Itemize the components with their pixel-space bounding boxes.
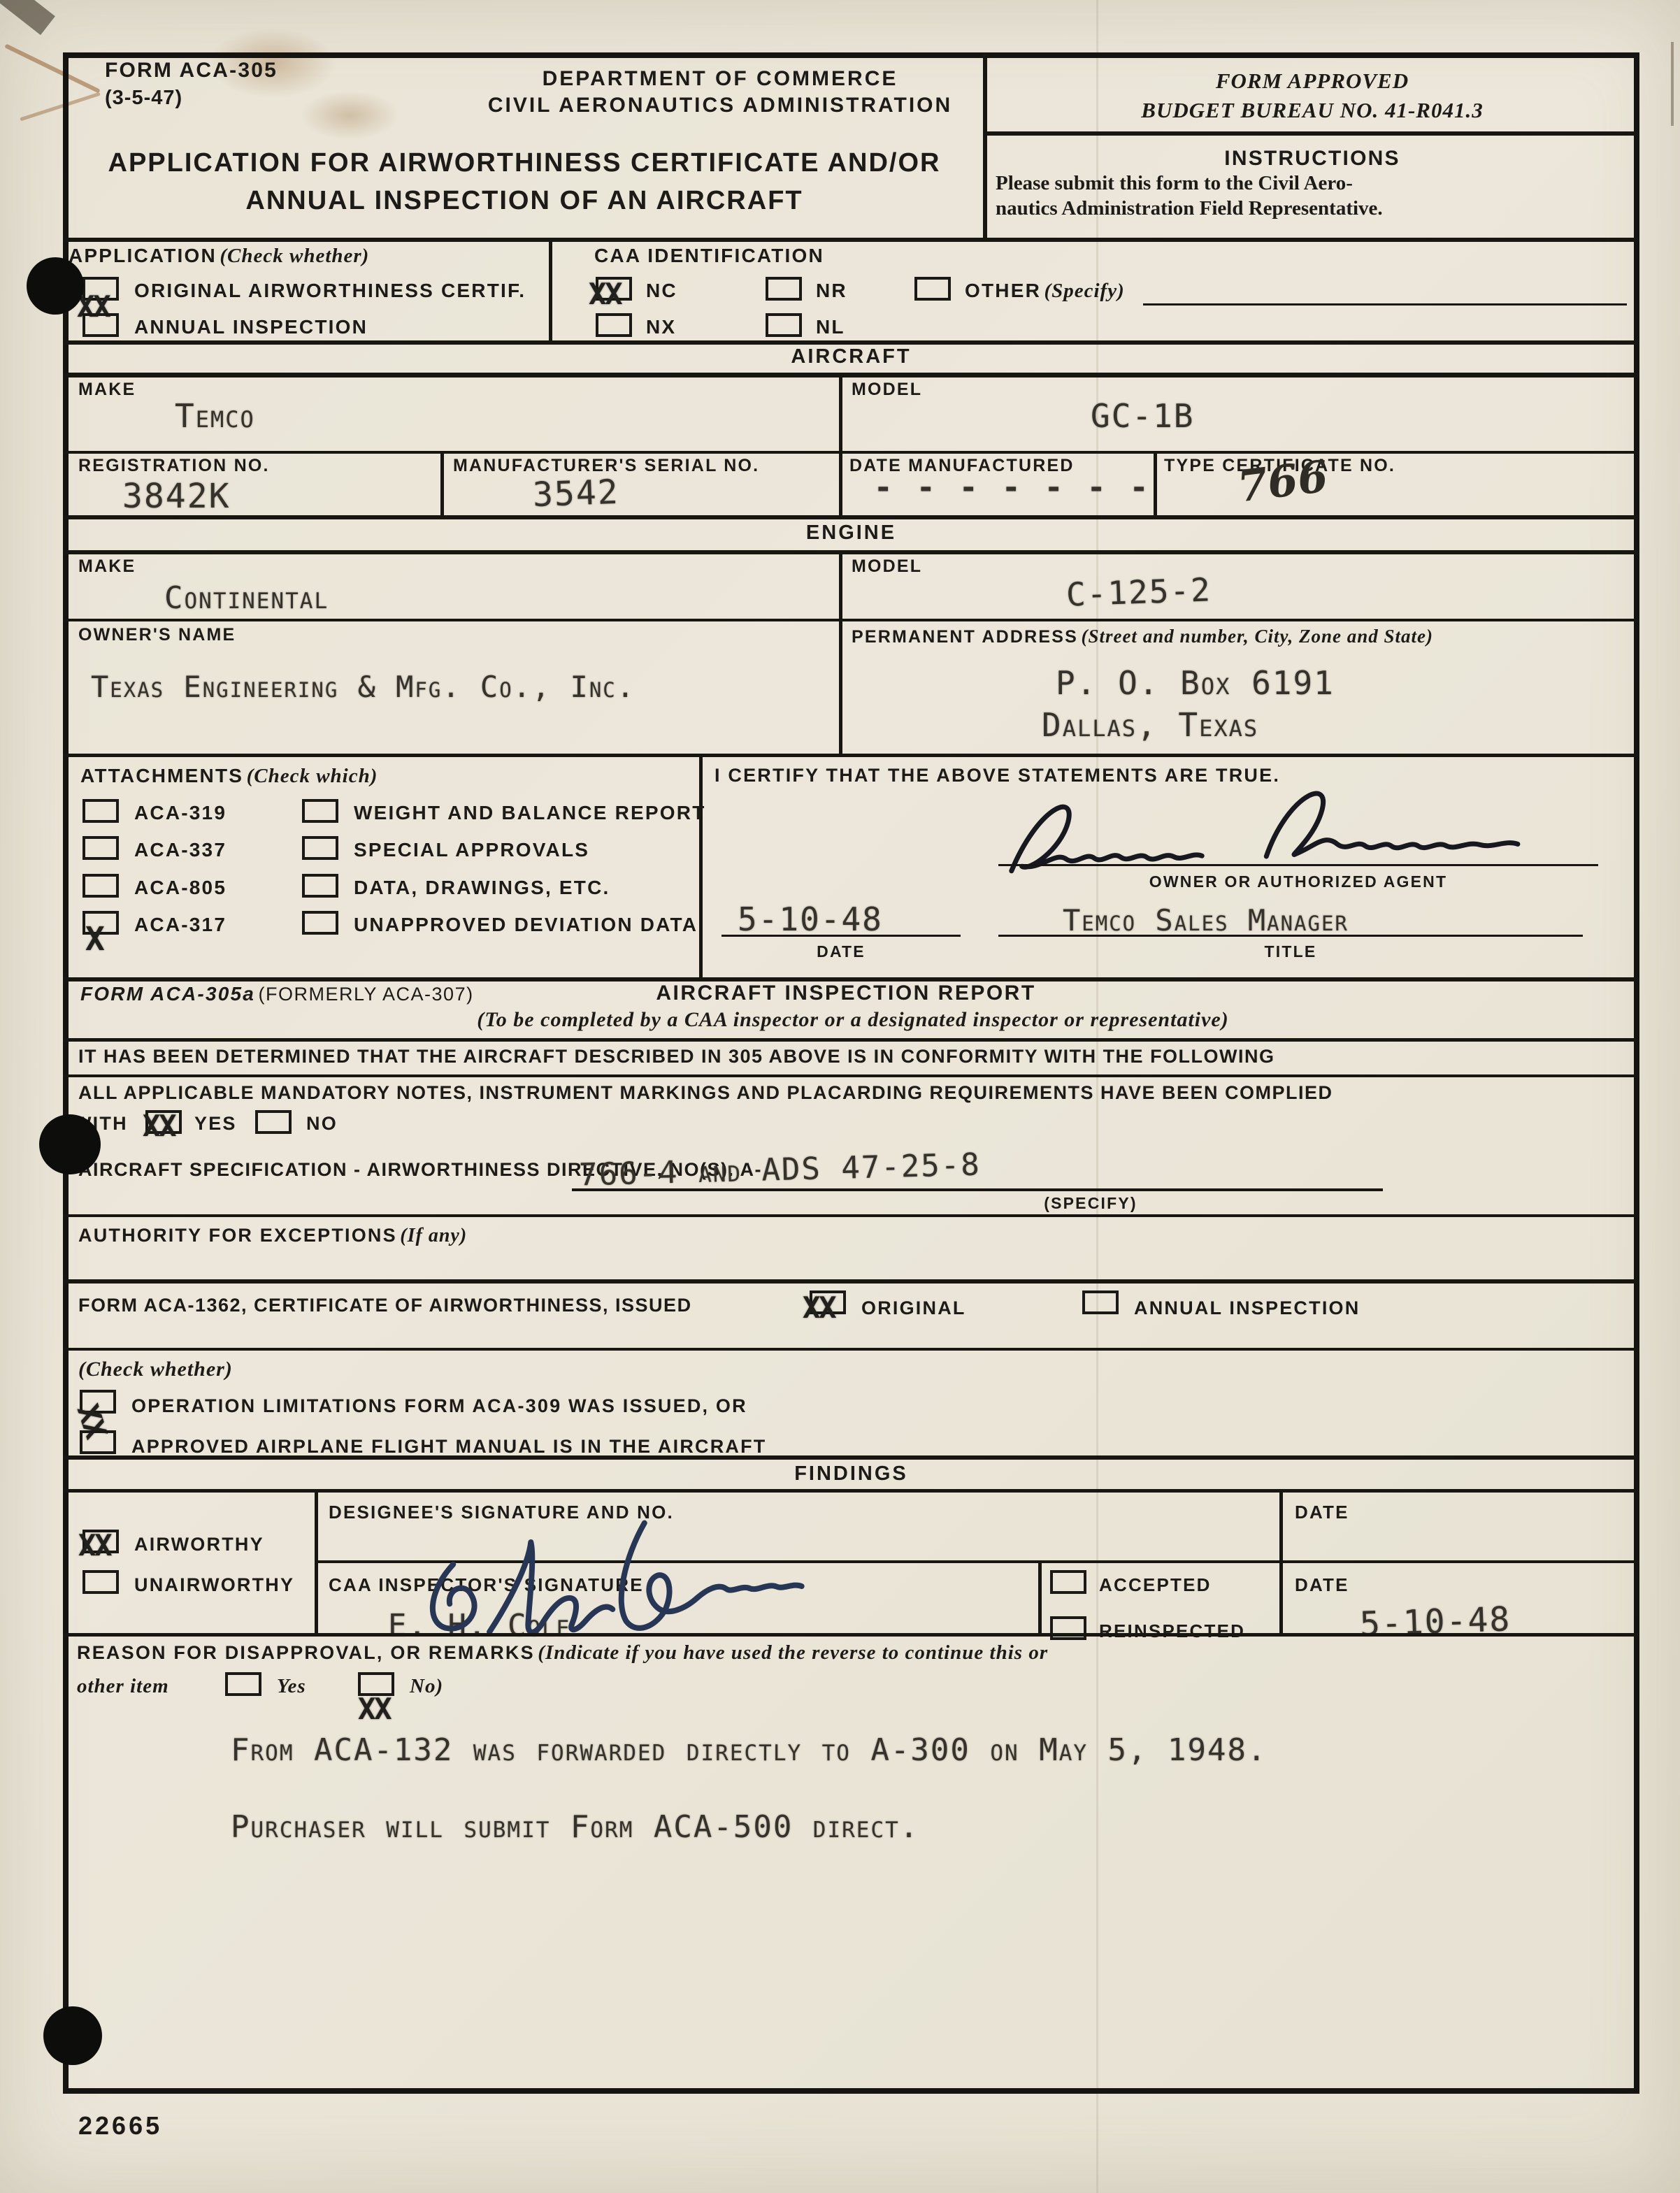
option-nl: NL (816, 316, 845, 338)
certify-title-caption: TITLE (998, 942, 1583, 961)
checkbox-nl[interactable] (766, 313, 802, 337)
check-mark: XX (358, 1692, 391, 1726)
permanent-address-label-text: PERMANENT ADDRESS (852, 627, 1078, 647)
divider (63, 451, 1639, 454)
registration-label: REGISTRATION NO. (78, 456, 270, 476)
report-subtitle: (To be completed by a CAA inspector or a… (210, 1008, 1496, 1032)
option-special-approvals: SPECIAL APPROVALS (354, 839, 589, 861)
application-label: APPLICATION (Check whether) (69, 245, 369, 268)
divider (63, 1279, 1639, 1284)
option-operation-limitations: OPERATION LIMITATIONS FORM ACA-309 WAS I… (131, 1395, 747, 1417)
certify-date-value[interactable]: 5-10-48 (738, 900, 883, 938)
punch-hole (39, 1114, 101, 1174)
form-revision-date: (3-5-47) (105, 87, 182, 110)
option-unairworthy: UNAIRWORTHY (134, 1574, 294, 1596)
permanent-address-hint: (Street and number, City, Zone and State… (1081, 626, 1433, 647)
aircraft-make-label: MAKE (78, 380, 136, 400)
divider (63, 1214, 1639, 1217)
divider (839, 451, 842, 515)
certify-title-line[interactable] (998, 935, 1583, 937)
option-aca-805: ACA-805 (134, 877, 227, 899)
owner-signature-line[interactable] (998, 864, 1598, 866)
date-manufactured-value[interactable]: - - - - - - - (874, 470, 1151, 505)
engine-model-label: MODEL (852, 556, 922, 577)
remarks-line1[interactable]: From ACA-132 was forwarded directly to A… (231, 1732, 1267, 1768)
agency-name-line2: CIVIL AERONAUTICS ADMINISTRATION (447, 94, 993, 117)
option-aca-317: ACA-317 (134, 914, 227, 936)
designee-date-label: DATE (1295, 1502, 1349, 1523)
option-other-text: OTHER (965, 280, 1041, 301)
option-nc: NC (646, 280, 677, 302)
option-nx: NX (646, 316, 676, 338)
owner-name-label: OWNER'S NAME (78, 625, 236, 645)
divider (839, 550, 842, 619)
inspection-date-label: DATE (1295, 1574, 1349, 1596)
check-mark: XX (589, 277, 622, 311)
remarks-line2[interactable]: Purchaser will submit Form ACA-500 direc… (231, 1809, 919, 1845)
stamp-number: 22665 (78, 2111, 162, 2141)
cert-1362-label: FORM ACA-1362, CERTIFICATE OF AIRWORTHIN… (78, 1295, 692, 1316)
owner-name-value[interactable]: Texas Engineering & Mfg. Co., Inc. (91, 670, 636, 704)
instructions-body-line2: nautics Administration Field Representat… (996, 197, 1383, 220)
checkbox-aca-805[interactable] (82, 874, 119, 898)
caa-identification-label: CAA IDENTIFICATION (594, 245, 824, 267)
remarks-hint2: other item (77, 1675, 169, 1698)
instructions-body-line1: Please submit this form to the Civil Aer… (996, 172, 1353, 195)
option-aca-319: ACA-319 (134, 802, 227, 824)
report-determined-text: IT HAS BEEN DETERMINED THAT THE AIRCRAFT… (78, 1046, 1275, 1067)
punch-hole (43, 2006, 102, 2065)
divider (699, 754, 703, 977)
report-form-line: FORM ACA-305a (FORMERLY ACA-307) (80, 983, 474, 1005)
option-other: OTHER (Specify) (965, 280, 1125, 303)
spec-directive-line[interactable] (572, 1188, 1383, 1191)
engine-make-value[interactable]: Continental (164, 580, 329, 616)
option-airworthy: AIRWORTHY (134, 1534, 264, 1555)
other-specify-line[interactable] (1143, 303, 1627, 305)
divider (63, 1038, 1639, 1042)
option-reinspected: REINSPECTED (1099, 1620, 1245, 1642)
page-title-line2: ANNUAL INSPECTION OF AN AIRCRAFT (70, 186, 979, 216)
divider (63, 1455, 1639, 1460)
agency-name-line1: DEPARTMENT OF COMMERCE (447, 67, 993, 91)
report-title: AIRCRAFT INSPECTION REPORT (531, 982, 1161, 1005)
page-title-line1: APPLICATION FOR AIRWORTHINESS CERTIFICAT… (70, 148, 979, 178)
specify-caption: (SPECIFY) (944, 1194, 1237, 1213)
aircraft-model-value[interactable]: GC-1B (1091, 397, 1194, 435)
option-weight-balance: WEIGHT AND BALANCE REPORT (354, 802, 706, 824)
option-other-hint: (Specify) (1044, 280, 1124, 302)
checkbox-aca-337[interactable] (82, 836, 119, 860)
divider (63, 515, 1639, 519)
check-mark: XX (143, 1109, 175, 1143)
engine-model-value[interactable]: C-125-2 (1065, 570, 1212, 613)
divider (63, 550, 1639, 554)
owner-signature-caption: OWNER OR AUTHORIZED AGENT (998, 872, 1598, 891)
permanent-address-label: PERMANENT ADDRESS (Street and number, Ci… (852, 624, 1628, 650)
authority-exceptions-hint: (If any) (400, 1225, 467, 1246)
divider (839, 373, 842, 451)
checkbox-nx[interactable] (596, 313, 632, 337)
punch-hole (27, 257, 84, 315)
checkbox-weight-balance[interactable] (302, 799, 338, 823)
application-label-hint: (Check whether) (220, 245, 369, 267)
checkbox-annual-inspection[interactable] (82, 313, 119, 337)
form-approved-line2: BUDGET BUREAU NO. 41-R041.3 (987, 98, 1637, 123)
divider (1154, 451, 1157, 515)
checkbox-unairworthy[interactable] (82, 1570, 119, 1594)
divider (63, 373, 1639, 378)
form-number: FORM ACA-305 (105, 59, 278, 82)
application-label-text: APPLICATION (69, 245, 217, 266)
option-reverse-no: No) (410, 1675, 443, 1698)
divider (63, 619, 1639, 621)
certify-title-value[interactable]: Temco Sales Manager (1063, 903, 1349, 937)
checkbox-reverse-yes[interactable] (225, 1672, 261, 1696)
option-nr: NR (816, 280, 847, 302)
check-whether-hint: (Check whether) (78, 1358, 233, 1381)
option-original-airworthiness: ORIGINAL AIRWORTHINESS CERTIF. (134, 280, 526, 302)
engine-make-label: MAKE (78, 556, 136, 577)
checkbox-other[interactable] (914, 277, 951, 301)
report-complied-text: ALL APPLICABLE MANDATORY NOTES, INSTRUME… (78, 1082, 1333, 1104)
divider (63, 340, 1639, 345)
checkbox-special-approvals[interactable] (302, 836, 338, 860)
divider (63, 238, 1639, 242)
owner-address-line1[interactable]: P. O. Box 6191 (1056, 664, 1335, 702)
certify-date-line[interactable] (721, 935, 961, 937)
check-mark: XX (78, 1528, 111, 1562)
option-aca-337: ACA-337 (134, 839, 227, 861)
option-complied-yes: YES (194, 1113, 237, 1135)
checkbox-flight-manual[interactable] (80, 1430, 116, 1454)
aircraft-model-label: MODEL (852, 380, 922, 400)
option-data-drawings: DATA, DRAWINGS, ETC. (354, 877, 610, 899)
option-1362-annual: ANNUAL INSPECTION (1134, 1297, 1360, 1319)
remarks-label-text: REASON FOR DISAPPROVAL, OR REMARKS (77, 1642, 535, 1663)
option-annual-inspection: ANNUAL INSPECTION (134, 316, 368, 338)
divider (440, 451, 444, 515)
option-1362-original: ORIGINAL (861, 1297, 966, 1319)
checkbox-complied-no[interactable] (255, 1110, 292, 1134)
attachments-label-hint: (Check which) (247, 765, 378, 787)
stain (0, 0, 55, 35)
divider (63, 1633, 1639, 1637)
certify-date-caption: DATE (721, 942, 961, 961)
engine-section-title: ENGINE (63, 522, 1639, 545)
divider (63, 1489, 1639, 1493)
remarks-label-line1: REASON FOR DISAPPROVAL, OR REMARKS (Indi… (77, 1641, 1048, 1664)
divider (1038, 1560, 1042, 1633)
checkbox-data-drawings[interactable] (302, 874, 338, 898)
inspection-date-value[interactable]: 5-10-48 (1359, 1599, 1512, 1644)
aircraft-make-value[interactable]: Temco (175, 397, 255, 435)
option-unapproved-deviation: UNAPPROVED DEVIATION DATA (354, 914, 698, 936)
checkbox-nr[interactable] (766, 277, 802, 301)
aircraft-section-title: AIRCRAFT (63, 345, 1639, 368)
checkbox-unapproved-deviation[interactable] (302, 911, 338, 935)
report-form-number: FORM ACA-305a (80, 983, 255, 1005)
scan-edge-mark (1671, 42, 1674, 126)
option-accepted: ACCEPTED (1099, 1574, 1212, 1596)
findings-section-title: FINDINGS (63, 1462, 1639, 1486)
attachments-label: ATTACHMENTS (Check which) (80, 765, 378, 788)
checkbox-aca-319[interactable] (82, 799, 119, 823)
check-mark: X (85, 920, 103, 958)
owner-address-line2[interactable]: Dallas, Texas (1042, 706, 1258, 744)
authority-exceptions-text: AUTHORITY FOR EXCEPTIONS (78, 1225, 397, 1246)
authority-exceptions-label: AUTHORITY FOR EXCEPTIONS (If any) (78, 1225, 467, 1247)
divider (983, 131, 1639, 136)
divider (549, 238, 552, 340)
form-approved-line1: FORM APPROVED (987, 69, 1637, 94)
option-flight-manual: APPROVED AIRPLANE FLIGHT MANUAL IS IN TH… (131, 1436, 767, 1458)
divider (63, 754, 1639, 757)
report-formerly: (FORMERLY ACA-307) (259, 984, 474, 1005)
checkbox-accepted[interactable] (1050, 1570, 1086, 1594)
attachments-label-text: ATTACHMENTS (80, 765, 243, 786)
registration-value[interactable]: 3842K (122, 477, 231, 516)
divider (63, 1074, 1639, 1077)
instructions-title: INSTRUCTIONS (987, 147, 1637, 171)
check-mark: XX (803, 1290, 835, 1325)
option-reverse-yes: Yes (277, 1675, 306, 1698)
remarks-hint1: (Indicate if you have used the reverse t… (538, 1641, 1048, 1664)
checkbox-1362-annual[interactable] (1082, 1290, 1119, 1314)
divider (839, 619, 842, 754)
serial-value[interactable]: 3542 (532, 473, 619, 515)
divider (63, 1348, 1639, 1351)
option-complied-no: NO (306, 1113, 338, 1135)
